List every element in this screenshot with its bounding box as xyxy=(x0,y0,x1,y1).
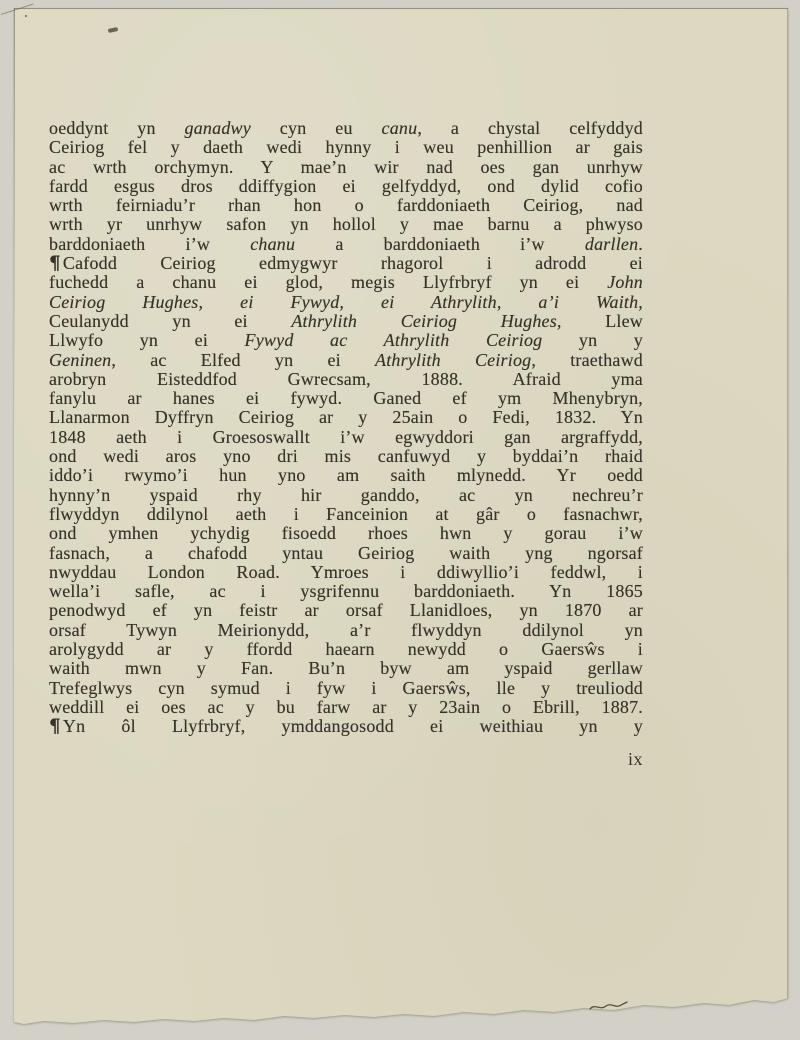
text-line-20: hynny’n yspaid rhy hir ganddo, ac yn nec… xyxy=(49,486,643,505)
body-text: oeddynt yn xyxy=(49,118,185,138)
body-text: Llanarmon Dyffryn Ceiriog ar y 25ain o F… xyxy=(49,407,643,427)
body-text: a barddoniaeth i’w xyxy=(295,234,585,254)
text-block: oeddynt yn ganadwy cyn eu canu, a chysta… xyxy=(49,119,643,737)
text-line-18: ond wedi aros yno dri mis canfuwyd y byd… xyxy=(49,447,643,466)
italic-text: Athrylith Ceiriog Hughes, xyxy=(291,311,561,331)
text-line-4: fardd esgus dros ddiffygion ei gelfyddyd… xyxy=(49,177,643,196)
italic-text: darllen xyxy=(585,234,638,254)
body-text: , traethawd xyxy=(531,350,643,370)
text-line-11: Ceulanydd yn ei Athrylith Ceiriog Hughes… xyxy=(49,312,643,331)
text-line-9: fuchedd a chanu ei glod, megis Llyfrbryf… xyxy=(49,273,643,292)
text-line-31: weddill ei oes ac y bu farw ar y 23ain o… xyxy=(49,698,643,717)
body-text: fardd esgus dros ddiffygion ei gelfyddyd… xyxy=(49,176,643,196)
text-line-30: Trefeglwys cyn symud i fyw i Gaersŵs, ll… xyxy=(49,679,643,698)
text-line-2: Ceiriog fel y daeth wedi hynny i weu pen… xyxy=(49,138,643,157)
text-line-3: ac wrth orchymyn. Y mae’n wir nad oes ga… xyxy=(49,158,643,177)
text-line-15: fanylu ar hanes ei fywyd. Ganed ef ym Mh… xyxy=(49,389,643,408)
body-text: fanylu ar hanes ei fywyd. Ganed ef ym Mh… xyxy=(49,388,643,408)
body-text: . xyxy=(638,234,643,254)
body-text: Yn ôl Llyfrbryf, ymddangosodd ei weithia… xyxy=(63,716,643,736)
body-text: Ceiriog fel y daeth wedi hynny i weu pen… xyxy=(49,137,643,157)
italic-text: John xyxy=(607,272,643,292)
pen-squiggle-mark xyxy=(588,998,630,1014)
text-line-14: arobryn Eisteddfod Gwrecsam, 1888. Afrai… xyxy=(49,370,643,389)
body-text: fuchedd a chanu ei glod, megis Llyfrbryf… xyxy=(49,272,607,292)
body-text: ond wedi aros yno dri mis canfuwyd y byd… xyxy=(49,446,643,466)
page-number: ix xyxy=(49,749,643,770)
paragraph-mark: ¶ xyxy=(49,253,61,274)
text-line-5: wrth feirniadu’r rhan hon o farddoniaeth… xyxy=(49,196,643,215)
paragraph-mark: ¶ xyxy=(49,716,61,737)
body-text: waith mwn y Fan. Bu’n byw am yspaid gerl… xyxy=(49,658,643,678)
body-text: ac wrth orchymyn. Y mae’n wir nad oes ga… xyxy=(49,157,643,177)
text-line-22: ond ymhen ychydig fisoedd rhoes hwn y go… xyxy=(49,524,643,543)
text-line-23: fasnach, a chafodd yntau Geiriog waith y… xyxy=(49,544,643,563)
text-line-28: arolygydd ar y ffordd haearn newydd o Ga… xyxy=(49,640,643,659)
text-line-13: Geninen, ac Elfed yn ei Athrylith Ceirio… xyxy=(49,351,643,370)
italic-text: canu xyxy=(382,118,418,138)
text-line-17: 1848 aeth i Groesoswallt i’w egwyddori g… xyxy=(49,428,643,447)
italic-text: Athrylith Ceiriog xyxy=(375,350,531,370)
body-text: arolygydd ar y ffordd haearn newydd o Ga… xyxy=(49,639,643,659)
body-text: ond ymhen ychydig fisoedd rhoes hwn y go… xyxy=(49,523,643,543)
text-line-16: Llanarmon Dyffryn Ceiriog ar y 25ain o F… xyxy=(49,408,643,427)
body-text: , ac Elfed yn ei xyxy=(111,350,375,370)
body-text: yn y xyxy=(542,330,643,350)
text-line-12: Llwyfo yn ei Fywyd ac Athrylith Ceiriog … xyxy=(49,331,643,350)
body-text: Cafodd Ceiriog edmygwyr rhagorol i adrod… xyxy=(63,253,643,273)
body-text: wella’i safle, ac i ysgrifennu barddonia… xyxy=(49,581,643,601)
paper-top-edge xyxy=(14,8,788,9)
paper-right-edge xyxy=(787,8,788,1028)
paper-speck xyxy=(25,15,27,17)
body-text: nwyddau London Road. Ymroes i ddiwyllio’… xyxy=(49,562,643,582)
body-text: wrth yr unrhyw safon yn hollol y mae bar… xyxy=(49,214,643,234)
body-text: arobryn Eisteddfod Gwrecsam, 1888. Afrai… xyxy=(49,369,643,389)
body-text: cyn eu xyxy=(251,118,382,138)
text-line-1: oeddynt yn ganadwy cyn eu canu, a chysta… xyxy=(49,119,643,138)
text-line-24: nwyddau London Road. Ymroes i ddiwyllio’… xyxy=(49,563,643,582)
italic-text: Ceiriog Hughes, ei Fywyd, ei Athrylith, … xyxy=(49,292,643,312)
text-line-21: flwyddyn ddilynol aeth i Fanceinion at g… xyxy=(49,505,643,524)
paper-left-edge xyxy=(14,8,15,428)
body-text: barddoniaeth i’w xyxy=(49,234,250,254)
body-text: flwyddyn ddilynol aeth i Fanceinion at g… xyxy=(49,504,643,524)
italic-text: chanu xyxy=(250,234,295,254)
text-line-7: barddoniaeth i’w chanu a barddoniaeth i’… xyxy=(49,235,643,254)
body-text: iddo’i rwymo’i hun yno am saith mlynedd.… xyxy=(49,465,643,485)
body-text: Ceulanydd yn ei xyxy=(49,311,291,331)
text-line-26: penodwyd ef yn feistr ar orsaf Llanidloe… xyxy=(49,601,643,620)
body-text: weddill ei oes ac y bu farw ar y 23ain o… xyxy=(49,697,643,717)
italic-text: Geninen xyxy=(49,350,111,370)
text-line-10: Ceiriog Hughes, ei Fywyd, ei Athrylith, … xyxy=(49,293,643,312)
scanned-book-page: oeddynt yn ganadwy cyn eu canu, a chysta… xyxy=(0,0,800,1040)
text-line-25: wella’i safle, ac i ysgrifennu barddonia… xyxy=(49,582,643,601)
body-text: 1848 aeth i Groesoswallt i’w egwyddori g… xyxy=(49,427,643,447)
text-line-19: iddo’i rwymo’i hun yno am saith mlynedd.… xyxy=(49,466,643,485)
body-text: wrth feirniadu’r rhan hon o farddoniaeth… xyxy=(49,195,643,215)
body-text: orsaf Tywyn Meirionydd, a’r flwyddyn ddi… xyxy=(49,620,643,640)
body-text: , a chystal celfyddyd xyxy=(417,118,643,138)
body-text: penodwyd ef yn feistr ar orsaf Llanidloe… xyxy=(49,600,643,620)
italic-text: Fywyd ac Athrylith Ceiriog xyxy=(245,330,543,350)
text-line-27: orsaf Tywyn Meirionydd, a’r flwyddyn ddi… xyxy=(49,621,643,640)
text-line-29: waith mwn y Fan. Bu’n byw am yspaid gerl… xyxy=(49,659,643,678)
body-text: fasnach, a chafodd yntau Geiriog waith y… xyxy=(49,543,643,563)
body-text: Llew xyxy=(562,311,643,331)
body-text: Trefeglwys cyn symud i fyw i Gaersŵs, ll… xyxy=(49,678,643,698)
text-line-32: ¶Yn ôl Llyfrbryf, ymddangosodd ei weithi… xyxy=(49,717,643,736)
body-text: hynny’n yspaid rhy hir ganddo, ac yn nec… xyxy=(49,485,643,505)
text-line-6: wrth yr unrhyw safon yn hollol y mae bar… xyxy=(49,215,643,234)
body-text: Llwyfo yn ei xyxy=(49,330,245,350)
text-line-8: ¶Cafodd Ceiriog edmygwyr rhagorol i adro… xyxy=(49,254,643,273)
italic-text: ganadwy xyxy=(185,118,251,138)
